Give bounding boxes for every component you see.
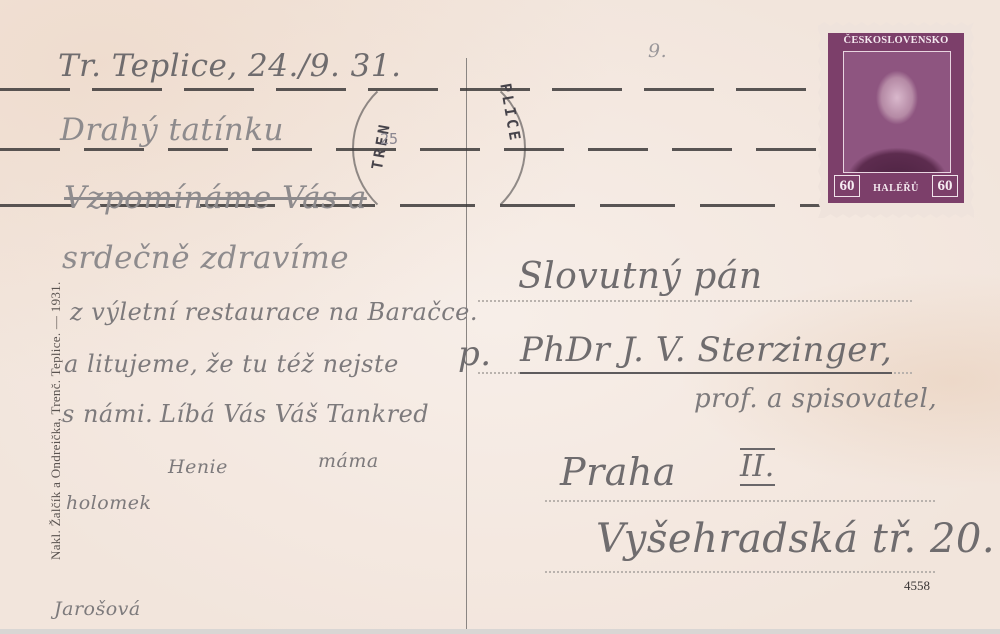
postage-stamp: ČESKOSLOVENSKO 60 HALÉŘŮ 60	[818, 22, 974, 218]
postcard-back: Nakl. Žalčík a Ondreička, Trenč. Teplice…	[0, 0, 1000, 634]
address-recipient-name: PhDr J. V. Sterzinger,	[520, 330, 892, 374]
message-signature: Líbá Vás Váš Tankred	[160, 400, 429, 428]
address-street: Vyšehradská tř. 20.	[596, 516, 995, 562]
address-line	[478, 300, 912, 302]
address-recipient-title: prof. a spisovatel,	[694, 384, 937, 414]
message-signature: máma	[318, 450, 379, 472]
address-salutation: Slovutný pán	[518, 256, 763, 297]
address-line	[545, 571, 935, 573]
message-line: s námi.	[62, 400, 153, 428]
address-prefix: p.	[458, 334, 492, 374]
message-signature: Henie	[168, 456, 228, 478]
message-line: srdečně zdravíme	[62, 240, 349, 276]
message-signature: Jarošová	[54, 598, 141, 620]
message-line: a litujeme, že tu též nejste	[64, 350, 399, 378]
message-line: z výletní restaurace na Baračce.	[70, 298, 478, 326]
stamp-design: ČESKOSLOVENSKO 60 HALÉŘŮ 60	[828, 33, 964, 203]
address-district: II.	[740, 448, 775, 486]
address-city: Praha	[560, 450, 676, 494]
catalog-number: 4558	[904, 578, 930, 594]
message-greeting: Drahý tatínku	[60, 112, 284, 148]
stamp-value-right: 60	[932, 175, 958, 197]
message-signature: holomek	[66, 492, 151, 514]
address-line	[545, 500, 935, 502]
message-date-line: Tr. Teplice, 24./9. 31.	[58, 48, 401, 84]
stamp-portrait-image	[843, 51, 951, 173]
scan-edge	[0, 629, 1000, 634]
message-line-crossed: Vzpomínáme Vás a	[64, 180, 367, 216]
stamp-country: ČESKOSLOVENSKO	[828, 33, 964, 47]
postmark-date: 25	[380, 130, 398, 148]
address-note: 9.	[648, 40, 667, 62]
